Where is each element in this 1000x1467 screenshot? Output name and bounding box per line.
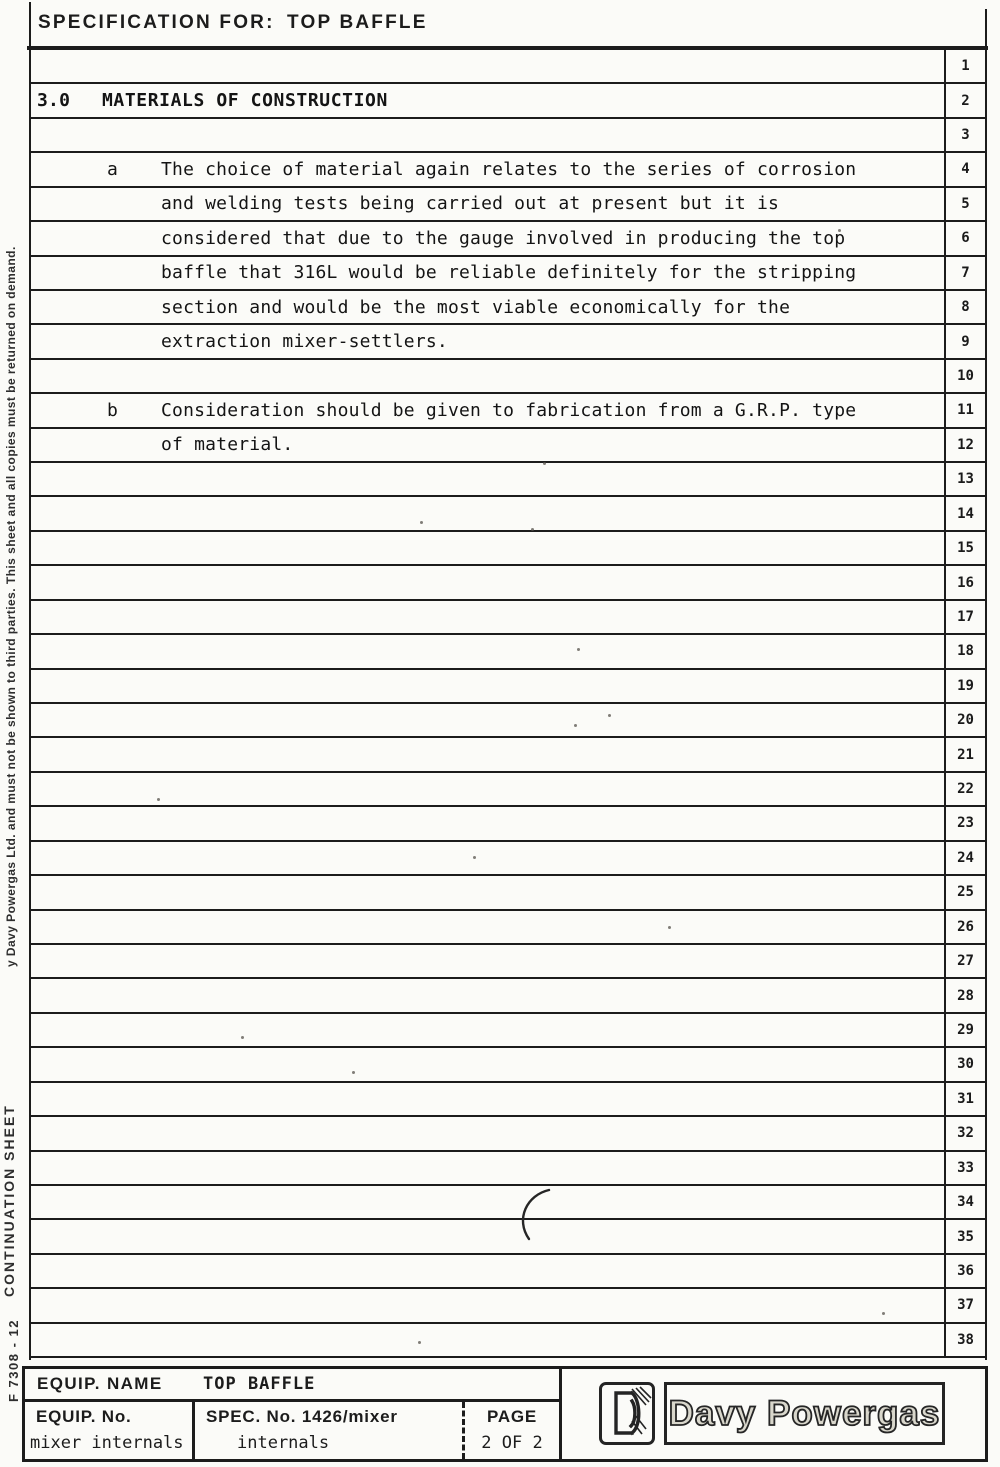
- ruled-row: 3.0MATERIALS OF CONSTRUCTION2: [31, 84, 985, 118]
- typed-text-line: The choice of material again relates to …: [161, 153, 856, 185]
- row-content: [31, 670, 944, 702]
- equip-name-value: TOP BAFFLE: [203, 1374, 315, 1394]
- ruled-row: considered that due to the gauge involve…: [31, 222, 985, 256]
- ruled-row: 15: [31, 532, 985, 566]
- scan-speck: [420, 521, 423, 524]
- logo-text: Davy Powergas: [669, 1394, 941, 1434]
- ruled-row: 30: [31, 1048, 985, 1082]
- line-number: 31: [944, 1083, 985, 1115]
- typed-text-line: of material.: [161, 429, 293, 461]
- ruled-row: and welding tests being carried out at p…: [31, 188, 985, 222]
- typed-text-line: and welding tests being carried out at p…: [161, 188, 779, 220]
- row-content: [31, 1083, 944, 1115]
- row-content: [31, 497, 944, 529]
- line-number: 33: [944, 1152, 985, 1184]
- row-content: [31, 807, 944, 839]
- section-title: MATERIALS OF CONSTRUCTION: [102, 84, 388, 116]
- line-number: 36: [944, 1255, 985, 1287]
- line-number: 13: [944, 463, 985, 495]
- line-number: 10: [944, 360, 985, 392]
- equip-no-cell: EQUIP. No. mixer internals: [25, 1402, 195, 1459]
- line-number: 37: [944, 1289, 985, 1321]
- header: SPECIFICATION FOR: TOP BAFFLE: [0, 12, 1000, 46]
- row-content: [31, 876, 944, 908]
- line-number: 7: [944, 257, 985, 289]
- scan-speck: [531, 528, 534, 531]
- row-content: [31, 1186, 944, 1218]
- ruled-row: 16: [31, 566, 985, 600]
- row-content: [31, 945, 944, 977]
- ruled-row: 36: [31, 1255, 985, 1289]
- scan-speck: [668, 926, 671, 929]
- ruled-row: 13: [31, 463, 985, 497]
- ruled-row: 21: [31, 738, 985, 772]
- row-content: [31, 1220, 944, 1252]
- ruled-row: 28: [31, 979, 985, 1013]
- ruled-row: 26: [31, 911, 985, 945]
- footer-left-section: EQUIP. NAME TOP BAFFLE EQUIP. No. mixer …: [25, 1369, 559, 1459]
- row-content: bConsideration should be given to fabric…: [31, 394, 944, 426]
- row-content: [31, 773, 944, 805]
- ruled-row: 37: [31, 1289, 985, 1323]
- row-content: [31, 1289, 944, 1321]
- ruled-row: extraction mixer-settlers.9: [31, 325, 985, 359]
- ruled-row: aThe choice of material again relates to…: [31, 153, 985, 187]
- line-number: 18: [944, 635, 985, 667]
- line-number: 15: [944, 532, 985, 564]
- ruled-row: 17: [31, 601, 985, 635]
- ruled-row: 29: [31, 1014, 985, 1048]
- ruled-row: 10: [31, 360, 985, 394]
- equip-name-label: EQUIP. NAME: [37, 1374, 163, 1394]
- line-number: 34: [944, 1186, 985, 1218]
- pen-mark: [505, 1185, 555, 1243]
- row-content: [31, 738, 944, 770]
- typed-text-line: extraction mixer-settlers.: [161, 325, 448, 357]
- ruled-row: 32: [31, 1117, 985, 1151]
- line-number: 5: [944, 188, 985, 220]
- spec-no-label: SPEC. No. 1426/mixer: [206, 1407, 398, 1427]
- row-content: considered that due to the gauge involve…: [31, 222, 944, 254]
- scan-speck: [543, 462, 546, 465]
- scan-speck: [882, 1312, 885, 1315]
- ruled-row: 18: [31, 635, 985, 669]
- ruled-row: 23: [31, 807, 985, 841]
- specification-title: TOP BAFFLE: [287, 12, 428, 34]
- ruled-row: 22: [31, 773, 985, 807]
- row-content: baffle that 316L would be reliable defin…: [31, 257, 944, 289]
- line-number: 22: [944, 773, 985, 805]
- row-content: [31, 1152, 944, 1184]
- section-number: 3.0: [37, 84, 70, 116]
- row-content: [31, 601, 944, 633]
- row-content: [31, 1048, 944, 1080]
- ruled-row: 1: [31, 50, 985, 84]
- spec-no-value: internals: [237, 1433, 329, 1453]
- line-number: 14: [944, 497, 985, 529]
- line-number: 17: [944, 601, 985, 633]
- typed-text-line: considered that due to the gauge involve…: [161, 222, 845, 254]
- company-logo-area: Davy Powergas: [559, 1369, 985, 1459]
- row-content: [31, 635, 944, 667]
- line-number: 30: [944, 1048, 985, 1080]
- ruled-row: section and would be the most viable eco…: [31, 291, 985, 325]
- ruled-row: 14: [31, 497, 985, 531]
- row-content: [31, 119, 944, 151]
- ruled-row: 38: [31, 1324, 985, 1358]
- footer-cells: EQUIP. No. mixer internals SPEC. No. 142…: [25, 1402, 559, 1459]
- line-number: 32: [944, 1117, 985, 1149]
- scan-speck: [352, 1071, 355, 1074]
- row-content: section and would be the most viable eco…: [31, 291, 944, 323]
- row-content: aThe choice of material again relates to…: [31, 153, 944, 185]
- ruled-row: 19: [31, 670, 985, 704]
- line-number: 26: [944, 911, 985, 943]
- scan-speck: [241, 1036, 244, 1039]
- typed-text-line: baffle that 316L would be reliable defin…: [161, 257, 856, 289]
- scan-speck: [157, 798, 160, 801]
- ruled-row: baffle that 316L would be reliable defin…: [31, 257, 985, 291]
- row-content: [31, 704, 944, 736]
- line-number: 24: [944, 842, 985, 874]
- scan-speck: [418, 1341, 421, 1344]
- paragraph-marker: a: [107, 153, 118, 185]
- row-content: [31, 979, 944, 1011]
- line-number: 12: [944, 429, 985, 461]
- typed-text-line: Consideration should be given to fabrica…: [161, 394, 856, 426]
- line-number: 23: [944, 807, 985, 839]
- row-content: [31, 566, 944, 598]
- line-number: 25: [944, 876, 985, 908]
- line-number: 1: [944, 50, 985, 82]
- margin-disclaimer-text: y Davy Powergas Ltd. and must not be sho…: [4, 246, 18, 967]
- line-number: 20: [944, 704, 985, 736]
- line-number: 11: [944, 394, 985, 426]
- row-content: [31, 532, 944, 564]
- row-content: 3.0MATERIALS OF CONSTRUCTION: [31, 84, 944, 116]
- row-content: [31, 1014, 944, 1046]
- ruled-row: 31: [31, 1083, 985, 1117]
- ruled-line-grid: 13.0MATERIALS OF CONSTRUCTION23aThe choi…: [29, 50, 987, 1358]
- scan-speck: [838, 229, 841, 232]
- scan-speck: [574, 724, 577, 727]
- footer-title-block: EQUIP. NAME TOP BAFFLE EQUIP. No. mixer …: [22, 1366, 988, 1462]
- line-number: 38: [944, 1324, 985, 1356]
- davy-powergas-wordmark: Davy Powergas: [664, 1382, 945, 1445]
- ruled-row: 24: [31, 842, 985, 876]
- row-content: [31, 911, 944, 943]
- line-number: 4: [944, 153, 985, 185]
- row-content: and welding tests being carried out at p…: [31, 188, 944, 220]
- ruled-row: bConsideration should be given to fabric…: [31, 394, 985, 428]
- scan-speck: [473, 856, 476, 859]
- row-content: [31, 360, 944, 392]
- line-number: 16: [944, 566, 985, 598]
- row-content: [31, 1117, 944, 1149]
- row-content: extraction mixer-settlers.: [31, 325, 944, 357]
- row-content: [31, 1255, 944, 1287]
- line-number: 21: [944, 738, 985, 770]
- equip-no-label: EQUIP. No.: [36, 1407, 132, 1427]
- davy-monogram-icon: [599, 1382, 655, 1445]
- equip-name-row: EQUIP. NAME TOP BAFFLE: [25, 1369, 559, 1402]
- ruled-row: 27: [31, 945, 985, 979]
- line-number: 2: [944, 84, 985, 116]
- row-content: of material.: [31, 429, 944, 461]
- ruled-row: of material.12: [31, 429, 985, 463]
- row-content: [31, 1324, 944, 1356]
- ruled-row: 20: [31, 704, 985, 738]
- ruled-row: 33: [31, 1152, 985, 1186]
- margin-form-number: F 7308 - 12: [6, 1319, 21, 1402]
- scan-speck: [577, 648, 580, 651]
- spec-no-cell: SPEC. No. 1426/mixer internals: [195, 1402, 462, 1459]
- page-label: PAGE: [465, 1407, 559, 1427]
- line-number: 6: [944, 222, 985, 254]
- specification-for-label: SPECIFICATION FOR:: [38, 12, 275, 34]
- line-number: 35: [944, 1220, 985, 1252]
- page-cell: PAGE 2 OF 2: [462, 1402, 559, 1459]
- margin-sheet-type-label: CONTINUATION SHEET: [1, 1104, 17, 1297]
- continuation-sheet-page: y Davy Powergas Ltd. and must not be sho…: [0, 0, 1000, 1467]
- line-number: 19: [944, 670, 985, 702]
- row-content: [31, 50, 944, 82]
- line-number: 29: [944, 1014, 985, 1046]
- scan-speck: [608, 714, 611, 717]
- typed-text-line: section and would be the most viable eco…: [161, 291, 790, 323]
- line-number: 28: [944, 979, 985, 1011]
- line-number: 8: [944, 291, 985, 323]
- row-content: [31, 842, 944, 874]
- line-number: 27: [944, 945, 985, 977]
- ruled-row: 3: [31, 119, 985, 153]
- paragraph-marker: b: [107, 394, 118, 426]
- line-number: 3: [944, 119, 985, 151]
- row-content: [31, 463, 944, 495]
- equip-no-value: mixer internals: [30, 1433, 184, 1453]
- line-number: 9: [944, 325, 985, 357]
- ruled-row: 25: [31, 876, 985, 910]
- page-number-value: 2 OF 2: [465, 1433, 559, 1453]
